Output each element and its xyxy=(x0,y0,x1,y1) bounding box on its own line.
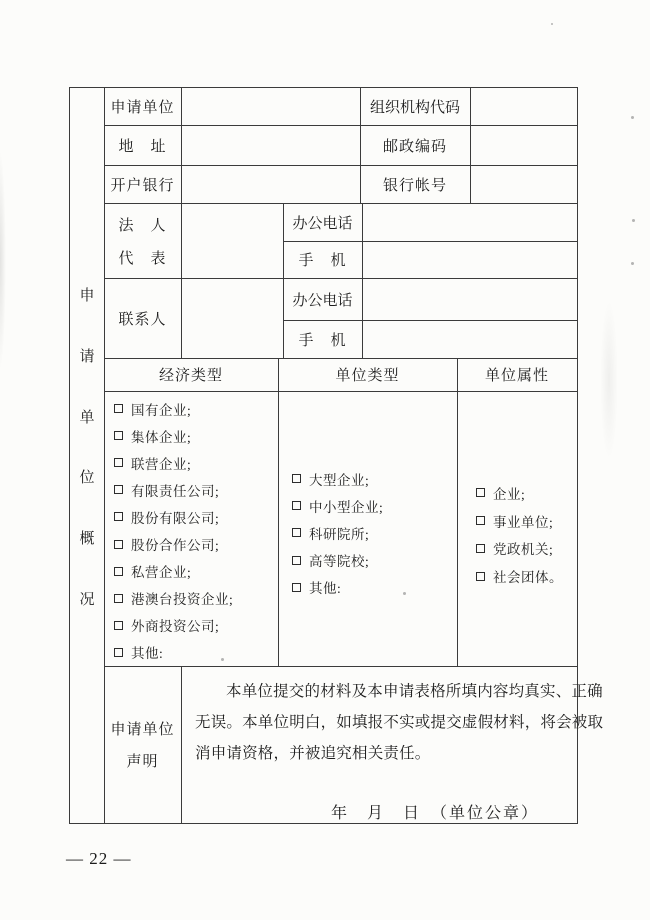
page-number: — 22 — xyxy=(66,849,132,869)
checkbox-icon xyxy=(292,474,301,483)
checkbox-icon xyxy=(114,512,123,521)
economic-type-options: 国有企业; 集体企业; 联营企业; 有限责任公司; 股份有限公司; 股份合作公司… xyxy=(114,395,276,666)
scan-speck xyxy=(221,658,224,661)
checkbox-icon xyxy=(114,567,123,576)
checkbox-label: 私营企业; xyxy=(131,561,191,581)
checkbox-option: 大型企业; xyxy=(292,469,455,489)
checkbox-option: 其他: xyxy=(292,577,455,597)
checkbox-icon xyxy=(114,540,123,549)
checkbox-icon xyxy=(114,431,123,440)
scan-speck xyxy=(631,116,634,119)
declaration-line: 本单位提交的材料及本申请表格所填内容均真实、正确 xyxy=(195,676,563,707)
checkbox-option: 科研院所; xyxy=(292,523,455,543)
table-line xyxy=(278,358,279,666)
field-contact-mobile xyxy=(362,320,577,358)
checkbox-icon xyxy=(114,648,123,657)
unit-type-options: 大型企业; 中小型企业; 科研院所; 高等院校; 其他: xyxy=(292,465,455,601)
scan-speck xyxy=(631,262,634,265)
header-unit-type: 单位类型 xyxy=(278,358,457,391)
checkbox-label: 大型企业; xyxy=(309,469,369,489)
checkbox-icon xyxy=(476,544,485,553)
checkbox-option: 联营企业; xyxy=(114,453,276,473)
checkbox-option: 高等院校; xyxy=(292,550,455,570)
label-address: 地 址 xyxy=(104,125,181,165)
declaration-label-line2: 声明 xyxy=(126,750,158,771)
field-contact-office-phone xyxy=(362,278,577,320)
declaration-line: 消申请资格，并被追究相关责任。 xyxy=(195,738,563,769)
scan-speck xyxy=(551,23,553,25)
label-postal-code: 邮政编码 xyxy=(360,125,470,165)
label-contact-person: 联系人 xyxy=(104,278,181,358)
checkbox-label: 企业; xyxy=(493,483,525,503)
checkbox-option: 股份有限公司; xyxy=(114,507,276,527)
checkbox-option: 国有企业; xyxy=(114,399,276,419)
field-address xyxy=(181,125,360,165)
signature-date-line: 年 月 日 （单位公章） xyxy=(331,800,539,823)
declaration-label-line1: 申请单位 xyxy=(110,718,174,739)
checkbox-label: 股份合作公司; xyxy=(131,534,219,554)
checkbox-option: 股份合作公司; xyxy=(114,534,276,554)
declaration-label: 申请单位 声明 xyxy=(104,666,181,823)
field-bank-account xyxy=(470,165,577,203)
table-border-bottom xyxy=(69,823,578,824)
checkbox-icon xyxy=(476,488,485,497)
header-economic-type: 经济类型 xyxy=(104,358,278,391)
checkbox-icon xyxy=(476,572,485,581)
table-line xyxy=(104,391,577,392)
field-legal-representative-name xyxy=(181,203,283,278)
label-legal-office-phone: 办公电话 xyxy=(283,203,362,241)
declaration-text: 本单位提交的材料及本申请表格所填内容均真实、正确 无误。本单位明白，如填报不实或… xyxy=(181,666,577,769)
header-unit-attribute: 单位属性 xyxy=(457,358,577,391)
checkbox-label: 港澳台投资企业; xyxy=(131,588,233,608)
label-org-code: 组织机构代码 xyxy=(360,87,470,125)
label-legal-representative-line1: 法 人 xyxy=(118,214,166,235)
field-bank xyxy=(181,165,360,203)
checkbox-label: 科研院所; xyxy=(309,523,369,543)
checkbox-option: 集体企业; xyxy=(114,426,276,446)
checkbox-option: 有限责任公司; xyxy=(114,480,276,500)
field-postal-code xyxy=(470,125,577,165)
checkbox-option: 其他: xyxy=(114,642,276,662)
checkbox-label: 有限责任公司; xyxy=(131,480,219,500)
scanned-application-form-page: 申请单位概况 申请单位 组织机构代码 地 址 邮政编码 开户银行 银行帐号 法 … xyxy=(0,0,650,920)
checkbox-option: 社会团体。 xyxy=(476,566,576,586)
checkbox-option: 中小型企业; xyxy=(292,496,455,516)
checkbox-label: 集体企业; xyxy=(131,426,191,446)
checkbox-label: 高等院校; xyxy=(309,550,369,570)
declaration-line: 无误。本单位明白，如填报不实或提交虚假材料，将会被取 xyxy=(195,707,563,738)
unit-attribute-options: 企业; 事业单位; 党政机关; 社会团体。 xyxy=(476,479,576,590)
checkbox-option: 事业单位; xyxy=(476,511,576,531)
checkbox-label: 社会团体。 xyxy=(493,566,563,586)
checkbox-icon xyxy=(292,556,301,565)
checkbox-label: 事业单位; xyxy=(493,511,553,531)
checkbox-label: 联营企业; xyxy=(131,453,191,473)
label-bank: 开户银行 xyxy=(104,165,181,203)
label-legal-representative-line2: 代 表 xyxy=(118,247,166,268)
checkbox-icon xyxy=(114,404,123,413)
checkbox-option: 私营企业; xyxy=(114,561,276,581)
checkbox-icon xyxy=(114,621,123,630)
label-legal-representative: 法 人 代 表 xyxy=(104,203,181,278)
checkbox-option: 党政机关; xyxy=(476,538,576,558)
checkbox-label: 外商投资公司; xyxy=(131,615,219,635)
field-legal-office-phone xyxy=(362,203,577,241)
vertical-section-label: 申请单位概况 xyxy=(69,284,105,609)
scan-smudge xyxy=(600,300,618,460)
checkbox-icon xyxy=(114,458,123,467)
field-applicant-unit xyxy=(181,87,360,125)
scan-speck xyxy=(403,592,406,595)
field-contact-name xyxy=(181,278,283,358)
label-applicant-unit: 申请单位 xyxy=(104,87,181,125)
checkbox-label: 国有企业; xyxy=(131,399,191,419)
label-contact-mobile: 手 机 xyxy=(283,320,362,358)
checkbox-option: 企业; xyxy=(476,483,576,503)
checkbox-icon xyxy=(114,485,123,494)
checkbox-icon xyxy=(292,583,301,592)
checkbox-label: 其他: xyxy=(309,577,341,597)
field-org-code xyxy=(470,87,577,125)
checkbox-label: 党政机关; xyxy=(493,538,553,558)
checkbox-icon xyxy=(114,594,123,603)
checkbox-option: 外商投资公司; xyxy=(114,615,276,635)
checkbox-option: 港澳台投资企业; xyxy=(114,588,276,608)
field-legal-mobile xyxy=(362,241,577,278)
scan-smudge xyxy=(0,150,6,370)
checkbox-label: 中小型企业; xyxy=(309,496,383,516)
checkbox-icon xyxy=(476,516,485,525)
label-bank-account: 银行帐号 xyxy=(360,165,470,203)
label-legal-mobile: 手 机 xyxy=(283,241,362,278)
label-contact-office-phone: 办公电话 xyxy=(283,278,362,320)
checkbox-label: 其他: xyxy=(131,642,163,662)
checkbox-icon xyxy=(292,528,301,537)
scan-speck xyxy=(632,219,635,222)
checkbox-icon xyxy=(292,501,301,510)
table-line xyxy=(457,358,458,666)
checkbox-label: 股份有限公司; xyxy=(131,507,219,527)
